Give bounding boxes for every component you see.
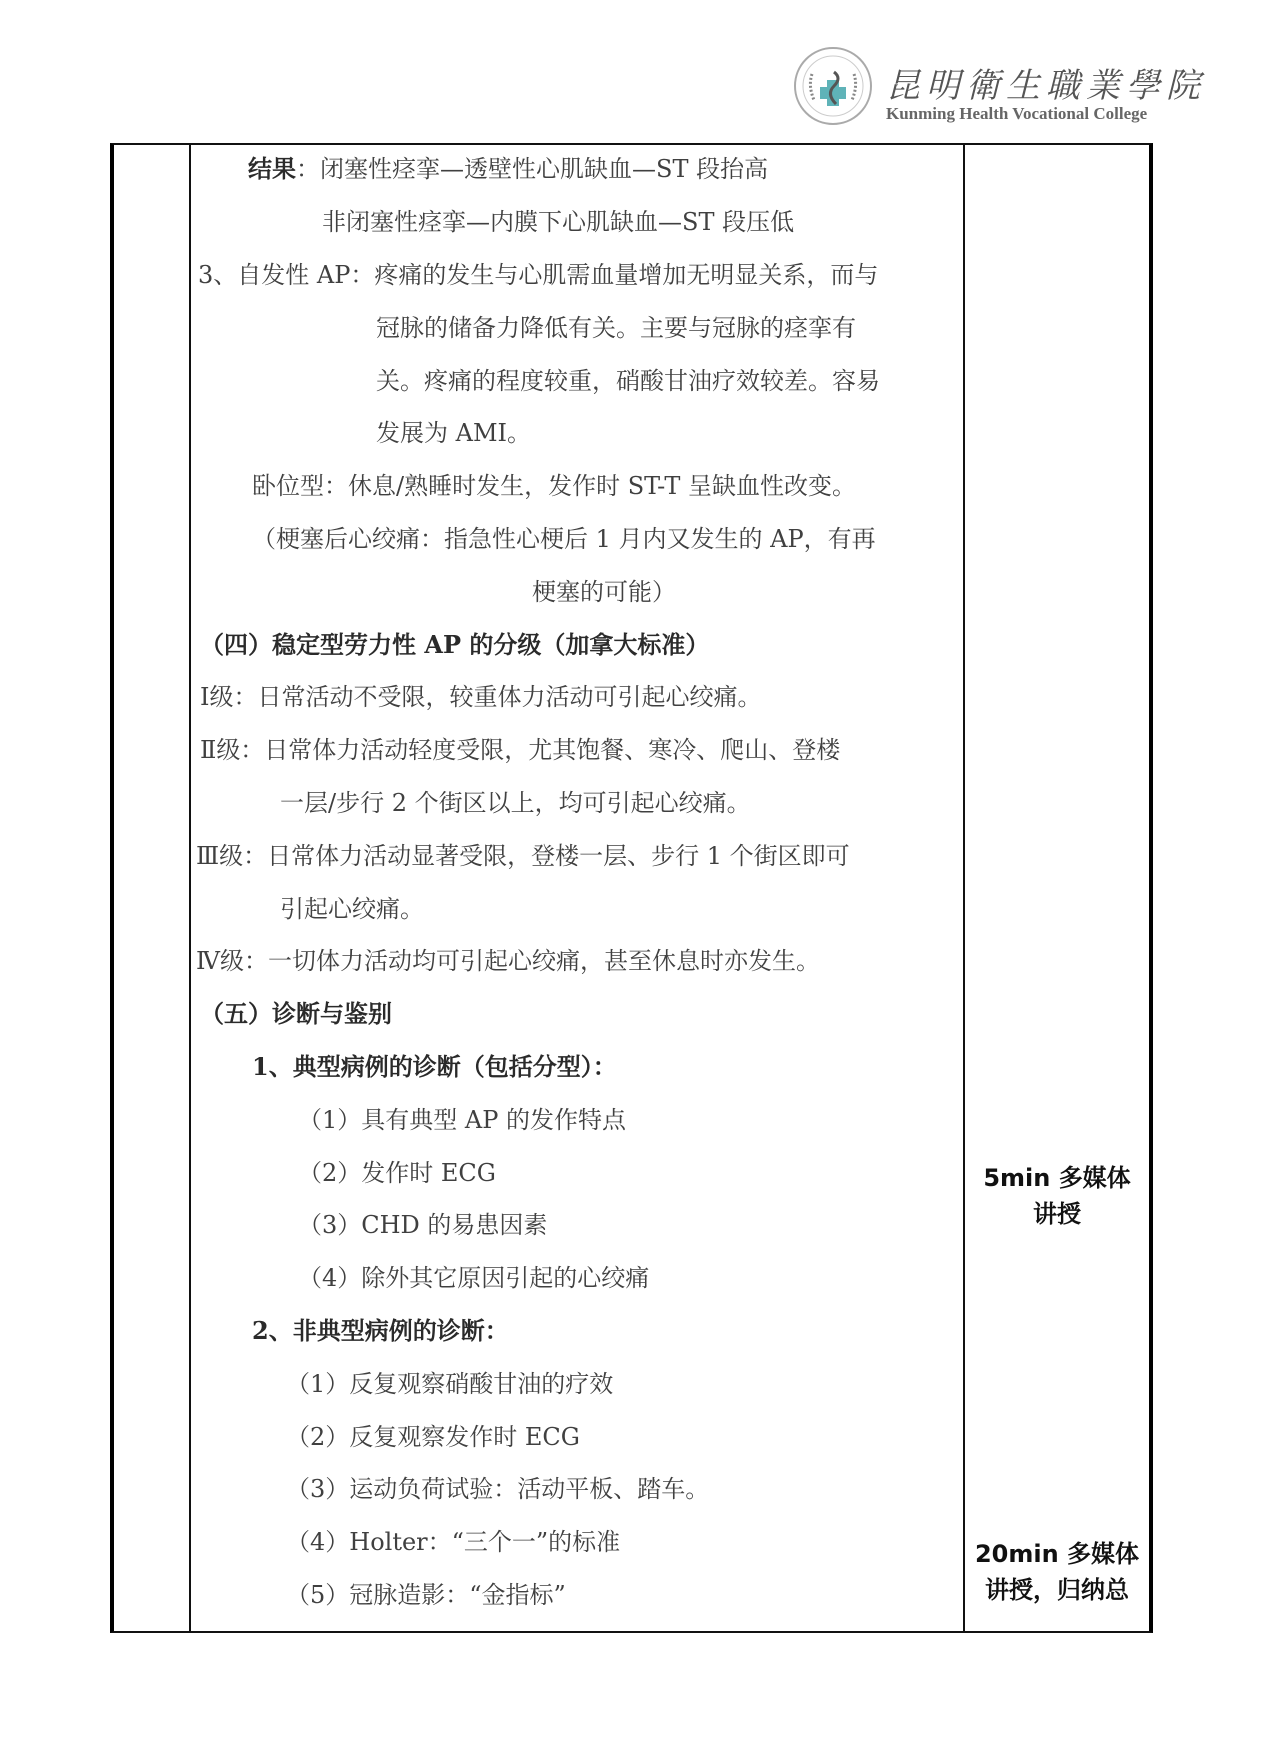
list-item: （1）具有典型 AP 的发作特点 [298, 1105, 626, 1135]
list-item: （3）CHD 的易患因素 [298, 1210, 547, 1240]
list-item: （4）除外其它原因引起的心绞痛 [298, 1263, 649, 1293]
text-line: Ⅲ级：日常体力活动显著受限，登楼一层、步行 1 个街区即可 [196, 841, 850, 871]
text-line: （梗塞后心绞痛：指急性心梗后 1 月内又发生的 AP，有再 [252, 524, 876, 554]
teaching-method-note: 5min 多媒体 讲授 [964, 1160, 1150, 1232]
subsection-heading: 1、典型病例的诊断（包括分型）： [252, 1052, 617, 1082]
section-heading: （五）诊断与鉴别 [200, 999, 392, 1029]
text-line: Ⅱ级：日常体力活动轻度受限，尤其饱餐、寒冷、爬山、登楼 [200, 735, 840, 765]
text-line: 卧位型：休息/熟睡时发生，发作时 ST-T 呈缺血性改变。 [252, 471, 856, 501]
text-line: 冠脉的储备力降低有关。主要与冠脉的痉挛有 [376, 313, 856, 343]
list-item: （3）运动负荷试验：活动平板、踏车。 [286, 1474, 709, 1504]
text-line: 关。疼痛的程度较重，硝酸甘油疗效较差。容易 [376, 366, 880, 396]
list-item: （5）冠脉造影：“金指标” [286, 1580, 566, 1610]
text-line: 一层/步行 2 个街区以上，均可引起心绞痛。 [280, 788, 751, 818]
subsection-heading: 2、非典型病例的诊断： [252, 1316, 509, 1346]
list-item: （1）反复观察硝酸甘油的疗效 [286, 1369, 613, 1399]
list-item: （2）反复观察发作时 ECG [286, 1422, 580, 1452]
list-item: （2）发作时 ECG [298, 1158, 496, 1188]
text-line: 3、自发性 AP：疼痛的发生与心肌需血量增加无明显关系，而与 [198, 260, 878, 290]
teaching-method-note: 20min 多媒体 讲授，归纳总 [964, 1536, 1150, 1608]
text-line: 非闭塞性痉挛—内膜下心肌缺血—ST 段压低 [322, 207, 794, 237]
result-line: 结果：闭塞性痉挛—透壁性心肌缺血—ST 段抬高 [248, 154, 768, 184]
list-item: （4）Holter：“三个一”的标准 [286, 1527, 620, 1557]
lesson-content: 结果：闭塞性痉挛—透壁性心肌缺血—ST 段抬高 非闭塞性痉挛—内膜下心肌缺血—S… [0, 0, 1271, 1763]
text-line: 发展为 AMI。 [376, 418, 531, 448]
text-line: 梗塞的可能） [532, 577, 676, 607]
text-line: Ⅰ级：日常活动不受限，较重体力活动可引起心绞痛。 [200, 682, 761, 712]
text-line: 引起心绞痛。 [280, 894, 424, 924]
section-heading: （四）稳定型劳力性 AP 的分级（加拿大标准） [200, 630, 709, 660]
result-label: 结果 [248, 154, 296, 183]
text-line: Ⅳ级：一切体力活动均可引起心绞痛，甚至休息时亦发生。 [196, 946, 820, 976]
